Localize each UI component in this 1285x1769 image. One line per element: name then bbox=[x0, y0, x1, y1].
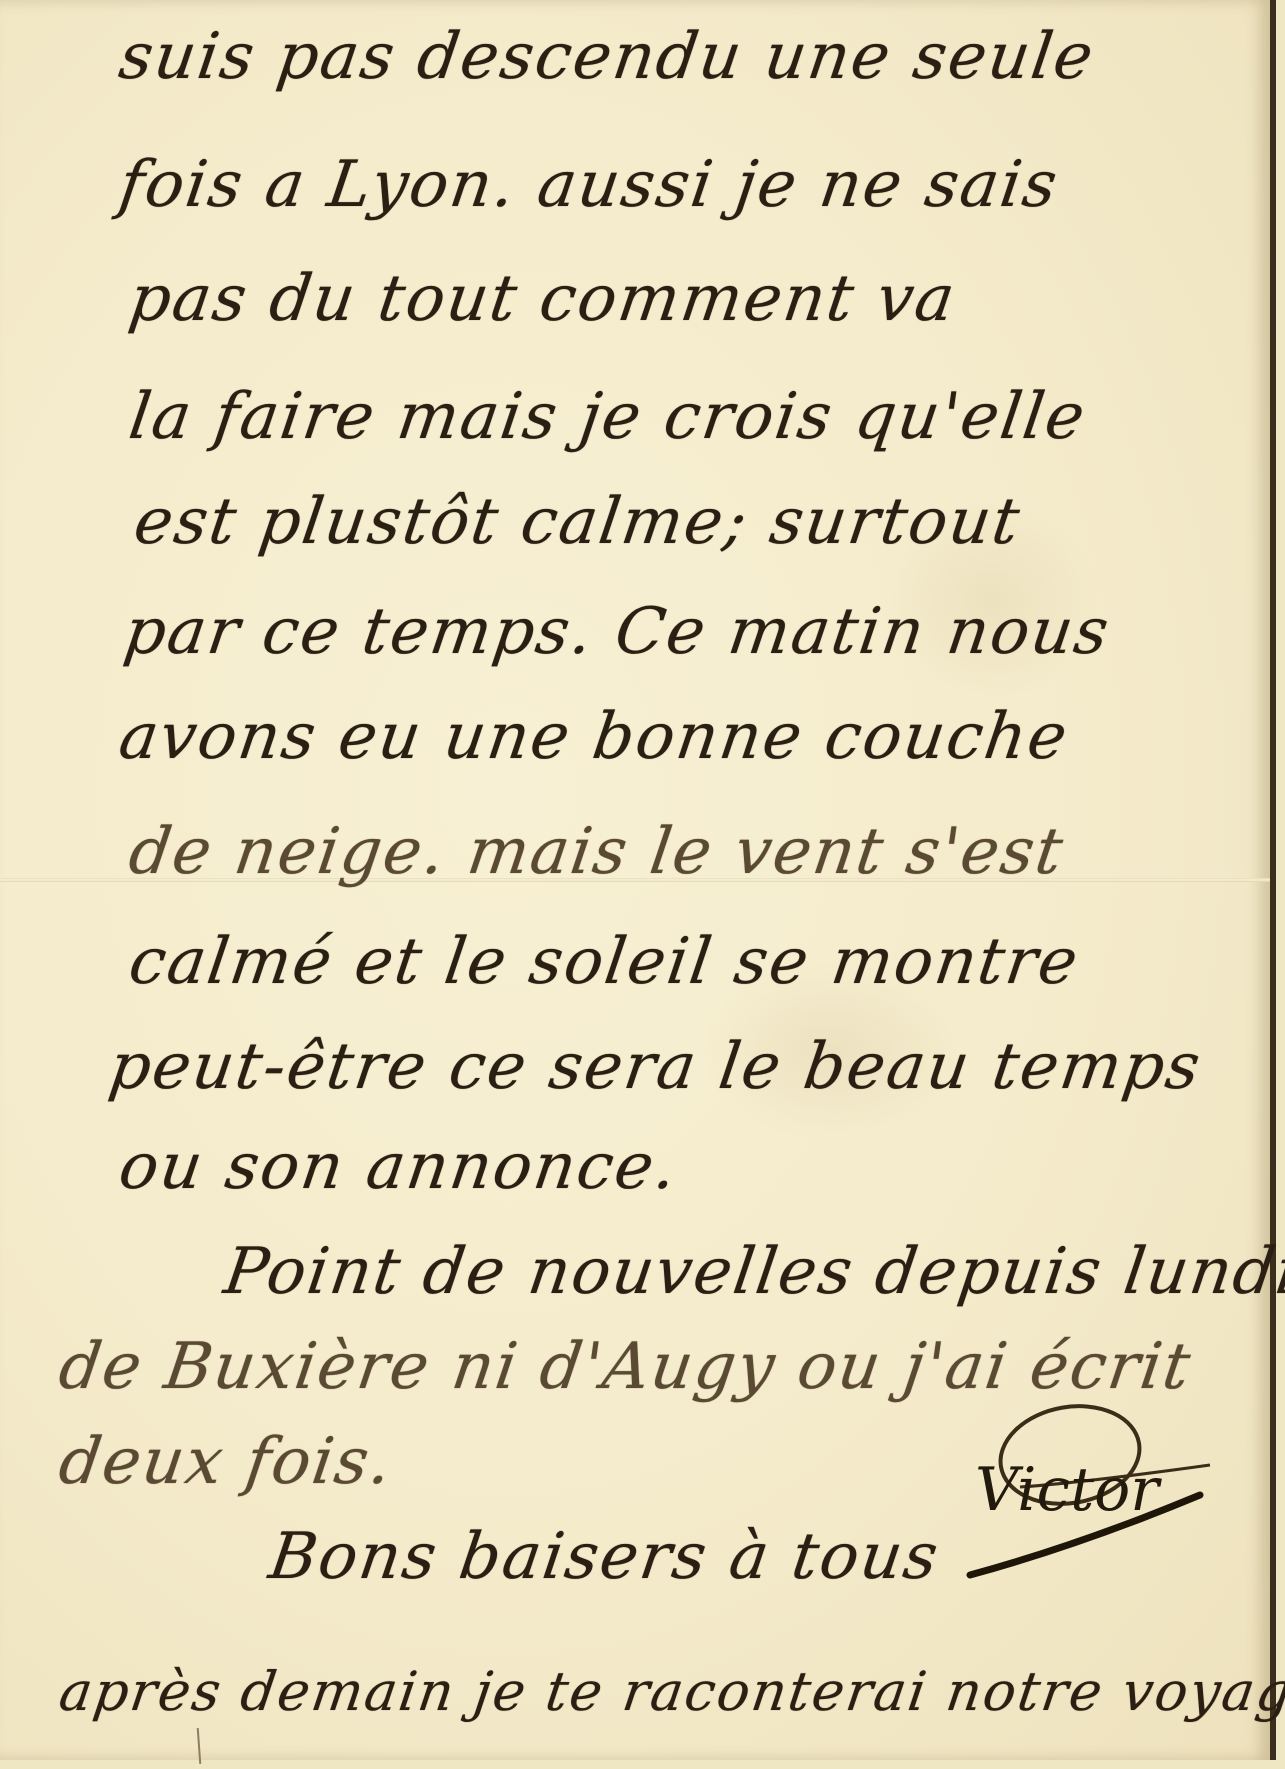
letter-line-13: de Buxière ni d'Augy ou j'ai écrit bbox=[55, 1330, 1197, 1404]
paper-mark bbox=[197, 1728, 202, 1764]
letter-line-2: fois a Lyon. aussi je ne sais bbox=[115, 148, 1063, 222]
letter-line-5: est plustôt calme; surtout bbox=[130, 485, 1026, 559]
signature: Victor bbox=[975, 1455, 1159, 1525]
letter-line-3: pas du tout comment va bbox=[125, 262, 961, 336]
letter-line-9: calmé et le soleil se montre bbox=[125, 925, 1084, 999]
letter-line-1: suis pas descendu une seule bbox=[115, 20, 1100, 94]
letter-line-4: la faire mais je crois qu'elle bbox=[125, 380, 1091, 454]
letter-line-6: par ce temps. Ce matin nous bbox=[120, 595, 1115, 669]
letter-line-12: Point de nouvelles depuis lundi bbox=[220, 1235, 1285, 1309]
letter-line-14: deux fois. bbox=[55, 1425, 398, 1499]
postscript: après demain je te raconterai notre voya… bbox=[56, 1660, 1285, 1723]
letter-line-11: ou son annonce. bbox=[115, 1130, 683, 1204]
letter-line-15: Bons baisers à tous bbox=[265, 1520, 944, 1594]
letter-line-10: peut-être ce sera le beau temps bbox=[105, 1030, 1206, 1104]
letter-page: suis pas descendu une seule fois a Lyon.… bbox=[0, 0, 1276, 1760]
letter-line-8: de neige. mais le vent s'est bbox=[125, 815, 1069, 889]
letter-line-7: avons eu une bonne couche bbox=[115, 700, 1073, 774]
